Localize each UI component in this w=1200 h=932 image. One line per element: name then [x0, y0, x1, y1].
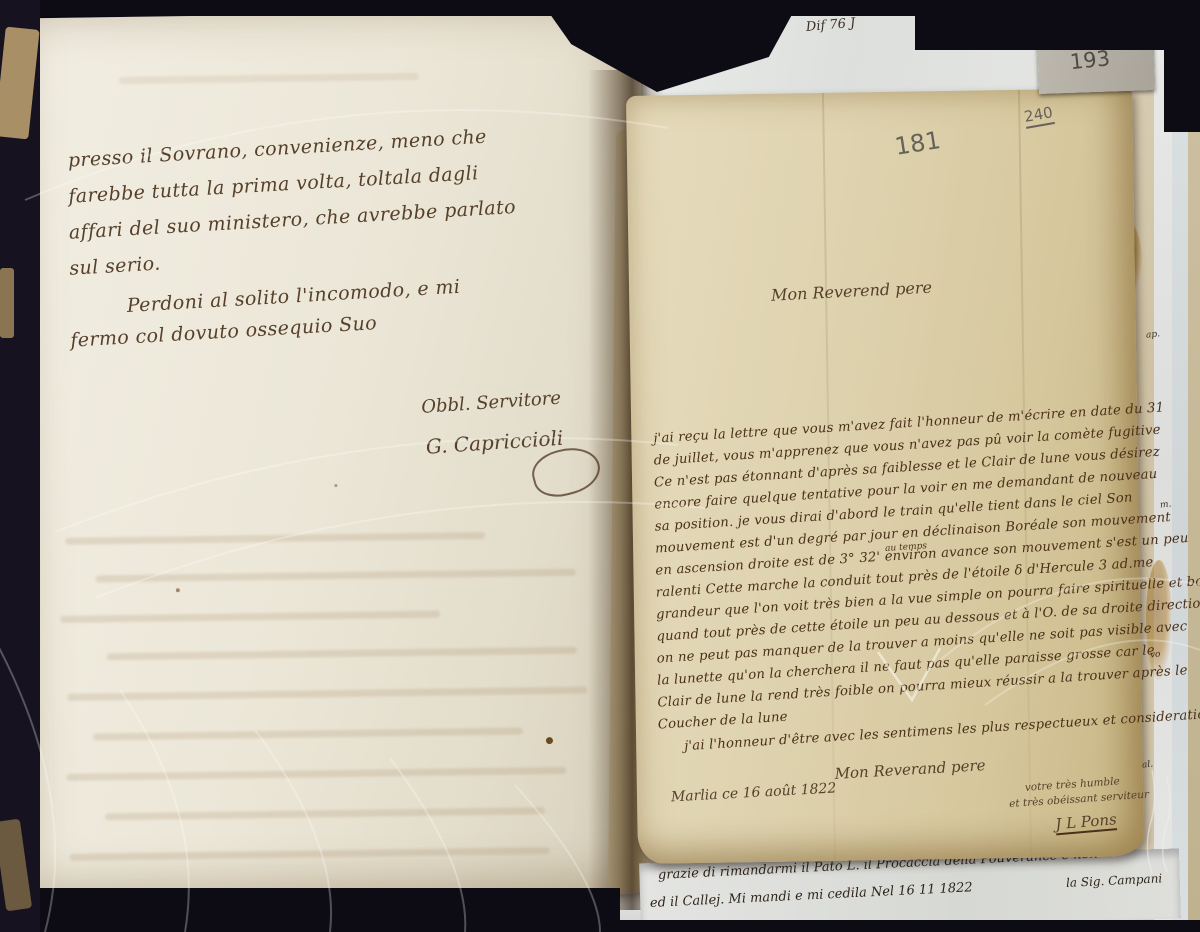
bleedthrough-smudge [66, 767, 566, 781]
bleedthrough-smudge [60, 611, 440, 623]
edge-text-fragment: m. [1160, 499, 1172, 510]
fox-spot [334, 484, 337, 487]
letter-closing: Mon Reverand pere [834, 756, 986, 783]
background-corner [1164, 0, 1200, 132]
salutation: Mon Reverend pere [771, 278, 933, 305]
manuscript-photo: Dif 76 J Dat 6- ap. m. vo al. presso il … [0, 0, 1200, 932]
page-edge-strip [1188, 0, 1200, 932]
letter-signature: J L Pons [1055, 810, 1118, 835]
manuscript-line: sul serio. [69, 253, 162, 280]
bleedthrough-smudge [96, 569, 576, 583]
bleedthrough-smudge [70, 847, 550, 861]
signature-line: Obbl. Servitore [421, 388, 562, 418]
archive-number: 193 [1069, 46, 1111, 74]
dateline: Marlia ce 16 août 1822 [671, 780, 837, 805]
background-bottom [0, 888, 620, 932]
background-bottom [600, 920, 1200, 932]
bleedthrough-smudge [65, 532, 485, 545]
edge-text-fragment: ap. [1146, 329, 1161, 340]
background-top-right [915, 0, 1200, 50]
bleedthrough-smudge [107, 647, 577, 661]
page-edge-strip [1172, 0, 1188, 932]
fox-spot [546, 737, 553, 744]
letter-line: Coucher de la lune [657, 710, 788, 733]
fox-spot [176, 588, 180, 592]
page-edge-wedge [0, 268, 14, 338]
folio-number-pencil-alt: 240 [1023, 103, 1055, 129]
bleedthrough-smudge [67, 687, 587, 701]
manuscript-line: fermo col dovuto ossequio Suo [70, 312, 378, 352]
manuscript-line: Perdoni al solito l'incomodo, e mi [126, 276, 461, 317]
bleedthrough-smudge [93, 727, 523, 740]
edge-text-fragment: al. [1142, 759, 1154, 770]
book-fore-edge [0, 0, 40, 932]
bleedthrough-smudge [105, 807, 545, 820]
folio-number-pencil: 181 [893, 126, 943, 161]
left-manuscript-page: presso il Sovrano, convenienze, meno che… [28, 10, 652, 902]
bleedthrough-smudge [119, 73, 419, 84]
letter-page: 181 240 Mon Reverend pere j'ai reçu la l… [626, 88, 1144, 864]
signature-line: G. Capriccioli [425, 426, 564, 459]
